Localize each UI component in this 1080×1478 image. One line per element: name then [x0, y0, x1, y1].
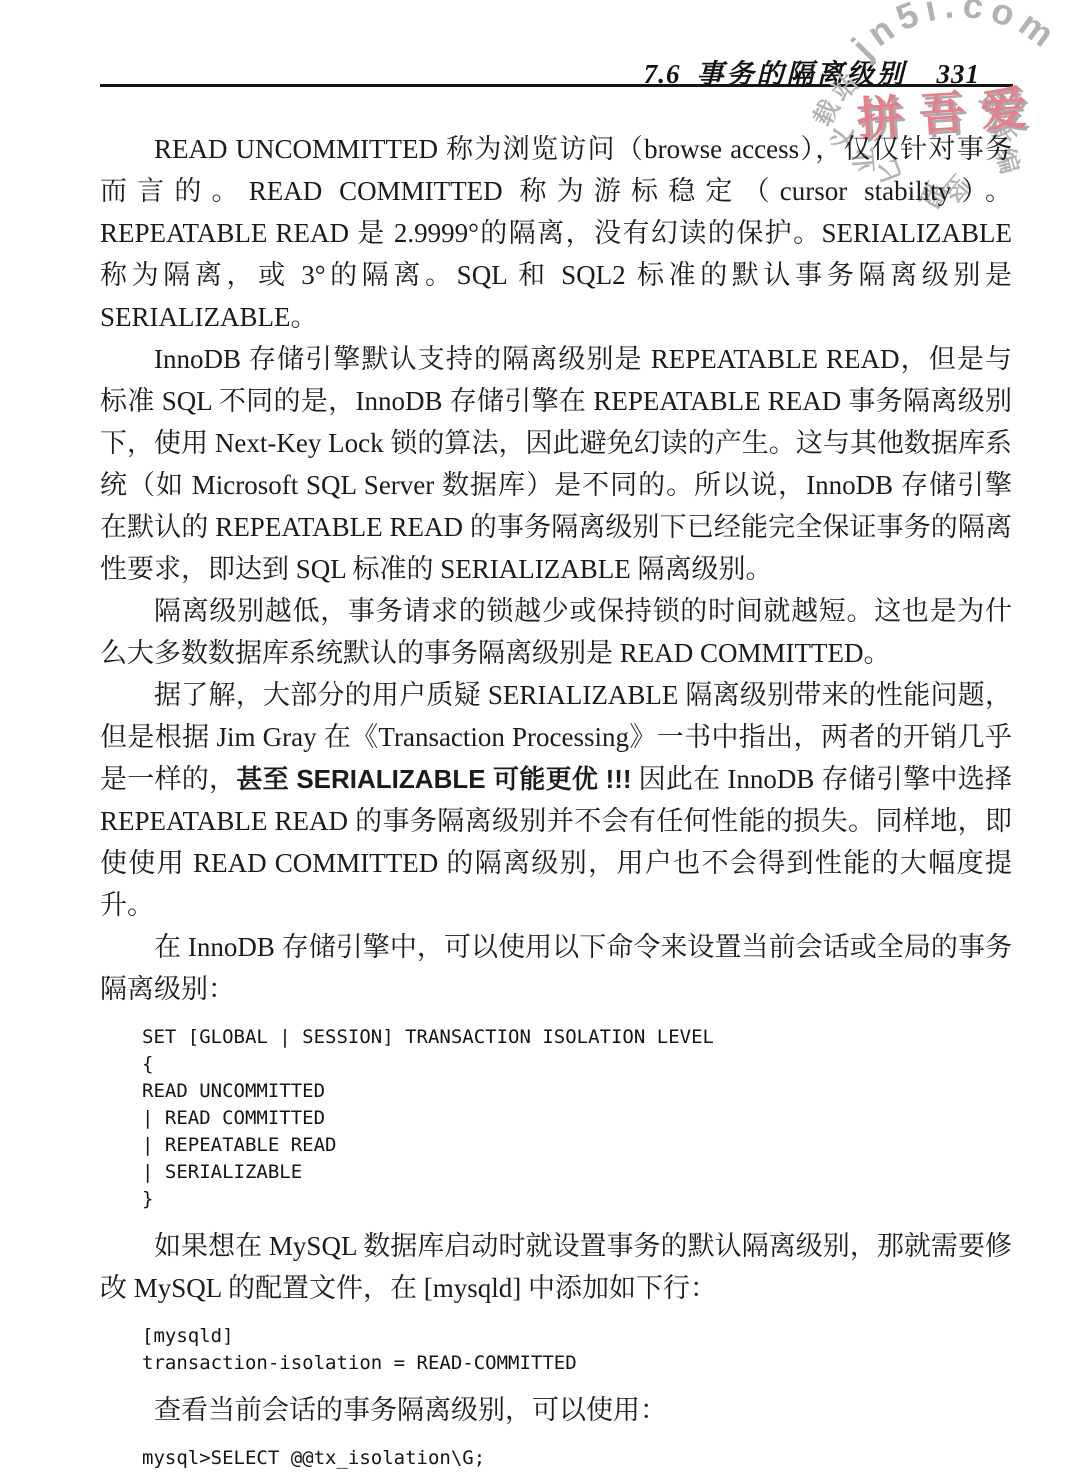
paragraph-config-file: 如果想在 MySQL 数据库启动时就设置事务的默认隔离级别，那就需要修改 MyS…	[100, 1225, 1012, 1309]
paragraph-text: READ UNCOMMITTED 称为浏览访问（browse access），仅…	[100, 134, 1012, 332]
paragraph-text: 隔离级别越低，事务请求的锁越少或保持锁的时间就越短。这也是为什么大多数数据库系统…	[100, 596, 1012, 668]
code-line: READ UNCOMMITTED	[142, 1078, 1012, 1105]
paragraph-read-uncommitted: READ UNCOMMITTED 称为浏览访问（browse access），仅…	[100, 128, 1012, 338]
code-line: }	[142, 1186, 1012, 1213]
paragraph-lower-isolation: 隔离级别越低，事务请求的锁越少或保持锁的时间就越短。这也是为什么大多数数据库系统…	[100, 590, 1012, 674]
paragraph-innodb-default: InnoDB 存储引擎默认支持的隔离级别是 REPEATABLE READ，但是…	[100, 338, 1012, 590]
code-line: {	[142, 1051, 1012, 1078]
page-body: READ UNCOMMITTED 称为浏览访问（browse access），仅…	[100, 128, 1012, 1478]
paragraph-jim-gray: 据了解，大部分的用户质疑 SERIALIZABLE 隔离级别带来的性能问题，但是…	[100, 674, 1012, 926]
code-block-mysqld-config: [mysqld] transaction-isolation = READ-CO…	[142, 1323, 1012, 1377]
book-page: 7.6事务的隔离级别331 jn5i.com 站 载 义 业 匕 盟 竖 最 新…	[0, 0, 1080, 1478]
paragraph-view-isolation: 查看当前会话的事务隔离级别，可以使用：	[100, 1389, 1012, 1431]
paragraph-text: InnoDB 存储引擎默认支持的隔离级别是 REPEATABLE READ，但是…	[100, 344, 1012, 584]
paragraph-text: 查看当前会话的事务隔离级别，可以使用：	[154, 1395, 667, 1425]
code-block-select-tx-isolation: mysql>SELECT @@tx_isolation\G;	[142, 1445, 1012, 1472]
bold-emphasis-text: 甚至 SERIALIZABLE 可能更优 !!!	[236, 764, 631, 794]
code-line: mysql>SELECT @@tx_isolation\G;	[142, 1445, 1012, 1472]
code-line: [mysqld]	[142, 1323, 1012, 1350]
paragraph-set-command-intro: 在 InnoDB 存储引擎中，可以使用以下命令来设置当前会话或全局的事务隔离级别…	[100, 926, 1012, 1010]
code-line: | REPEATABLE READ	[142, 1132, 1012, 1159]
code-block-set-transaction: SET [GLOBAL | SESSION] TRANSACTION ISOLA…	[142, 1024, 1012, 1213]
code-line: | SERIALIZABLE	[142, 1159, 1012, 1186]
paragraph-text: 如果想在 MySQL 数据库启动时就设置事务的默认隔离级别，那就需要修改 MyS…	[100, 1231, 1012, 1303]
header-rule	[100, 84, 1013, 87]
paragraph-text: 在 InnoDB 存储引擎中，可以使用以下命令来设置当前会话或全局的事务隔离级别…	[100, 932, 1012, 1004]
code-line: | READ COMMITTED	[142, 1105, 1012, 1132]
code-line: transaction-isolation = READ-COMMITTED	[142, 1350, 1012, 1377]
watermark-ring-char: 载	[809, 96, 845, 131]
code-line: SET [GLOBAL | SESSION] TRANSACTION ISOLA…	[142, 1024, 1012, 1051]
